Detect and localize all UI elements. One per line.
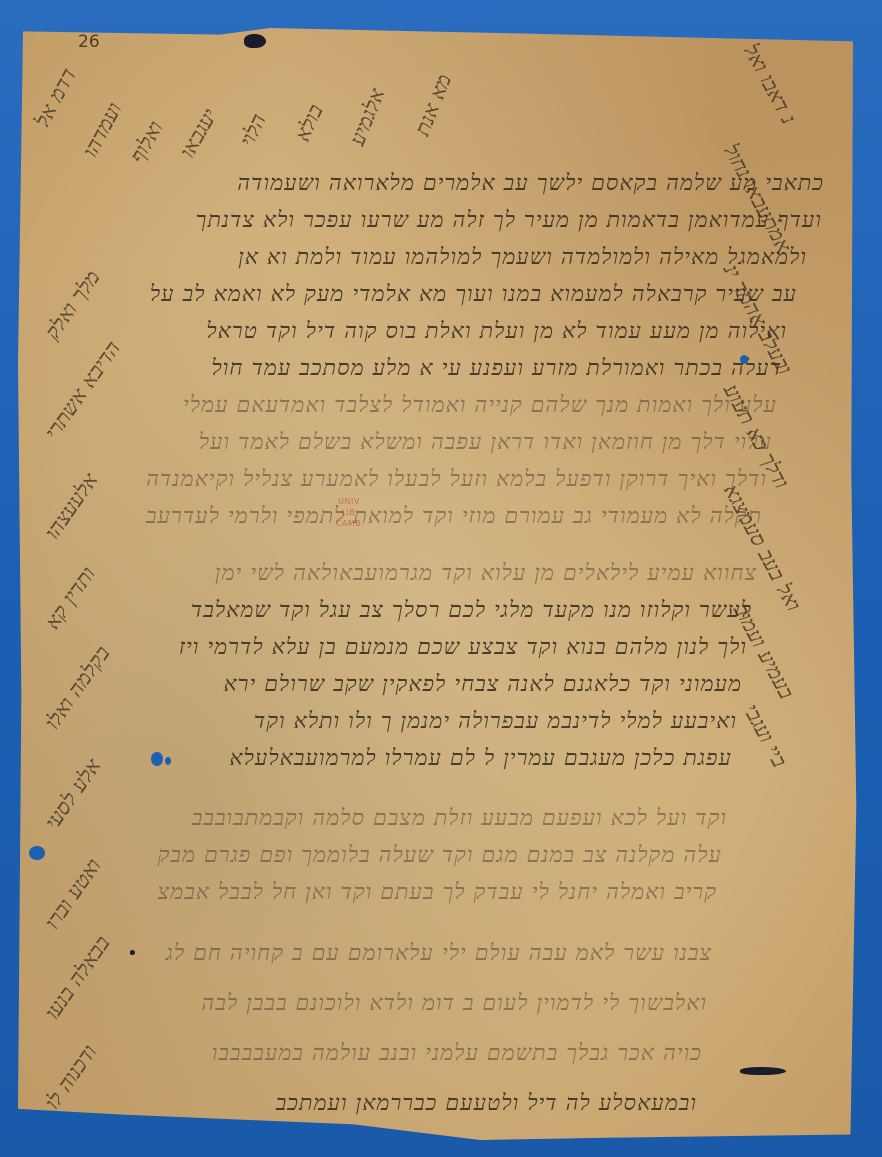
library-stamp: UNIV. LIB. CAMB. xyxy=(325,496,375,529)
text-line: עב שעיר קרבאלה למעמוא במנו ועוך מא אלמדי… xyxy=(150,281,797,307)
ink-blot xyxy=(740,1067,786,1075)
stamp-line: LIB. xyxy=(325,507,375,518)
text-line: ועדף עמדואמן בדאמות מן מעיר לך זלה מע שר… xyxy=(196,207,822,233)
paper-hole xyxy=(29,846,45,860)
text-line: וקד ועל לכא ועפעם מבעע וזלת מצבם סלמה וק… xyxy=(192,805,727,831)
text-line: צחווא עמיע לילאלים מן עלוא וקד מגרמועבאו… xyxy=(215,560,757,586)
text-line: עלוי דלך מן חוזמאן ואדו דראן עפבה ומשלא … xyxy=(199,429,772,455)
text-line: ולך לנון מלהם בנוא וקד צבצע שכם מנמעם בן… xyxy=(179,634,747,660)
folio-number: 26 xyxy=(78,32,100,52)
text-line: ובמעאסלע לה דיל ולטעעם כבררמאן ועמתכב xyxy=(276,1090,697,1116)
paper-hole xyxy=(151,752,163,766)
ink-blot xyxy=(130,950,135,955)
text-line: דעלה בכתר ואמורלת מזרע ועפנע עי א מלע מס… xyxy=(212,355,782,381)
text-line: ואיבעע למלי לדינבמ עבפרולה ימנמן ך ולו ו… xyxy=(254,708,737,734)
text-line: תקלה לא מעמודי גב עמורם מוזי וקד למואת ל… xyxy=(146,503,762,529)
stamp-line: UNIV. xyxy=(325,496,375,507)
text-line: עלה מקלנה צב במנם מגם וקד שעלה בלוממך ופ… xyxy=(158,842,722,868)
text-line: ואלבשוך לי לדמוין לעום ב דומ ולדא ולוכונ… xyxy=(201,990,707,1016)
ink-blot xyxy=(244,34,266,48)
text-line: צבנו עשר לאמ עבה עולם ילי עלארומם עם ב ק… xyxy=(166,940,712,966)
stamp-line: CAMB. xyxy=(325,518,375,529)
text-line: עפגת כלכן מעגבם עמרין ל לם עמרלו למרמועב… xyxy=(229,745,732,771)
text-line: לעשר וקלוזו מנו מקעד מלגי לכם רסלך צב עג… xyxy=(191,597,752,623)
text-line: כויה אכר גבלך בתשמם עלמני ובנב עולמה במע… xyxy=(212,1040,702,1066)
paper-hole xyxy=(740,355,748,364)
text-line: ולמאמגל מאילה ולמולמדה ושעמך למולהמו עמו… xyxy=(238,244,807,270)
text-line: ואילוה מן מעע עמוד לא מן ועלת ואלת בוס ק… xyxy=(206,318,787,344)
text-line: עלע ולך ואמות מנך שלהם קנייה ואמודל לצלב… xyxy=(183,392,777,418)
paper-hole xyxy=(165,757,171,765)
text-line: ודלך ואיך דרוקן ודפעל בלמא וזעל לבעלו לא… xyxy=(146,466,767,492)
text-line: מעמוני וקד כלאגנם לאנה צבחי לפאקין שקב ש… xyxy=(223,671,742,697)
text-line: קריב ואמלה יחנל לי עבדק לך בעתם וקד ואן … xyxy=(158,879,717,905)
